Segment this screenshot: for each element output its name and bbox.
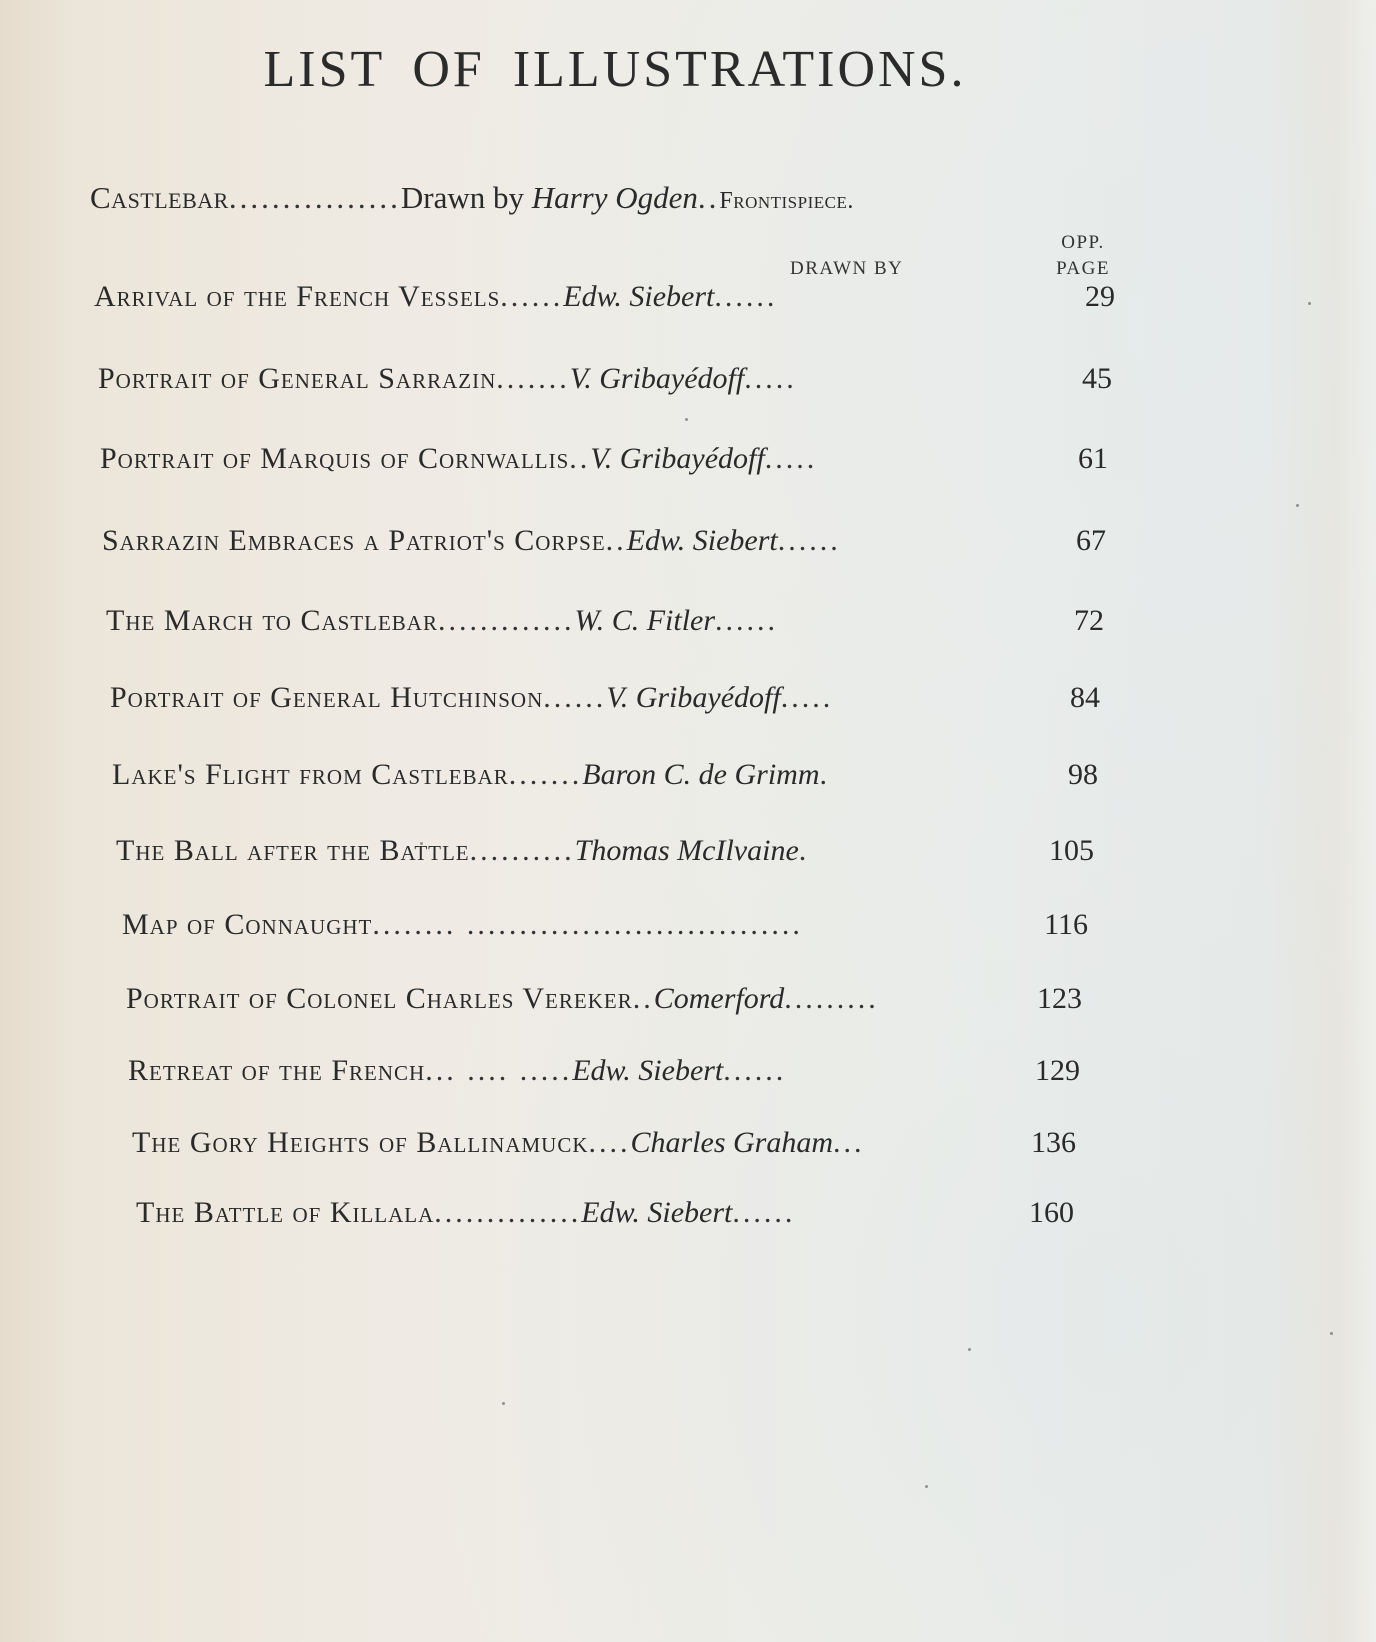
page-number: 29 [1045,280,1115,314]
illustration-artist: Edw. Siebert [563,280,714,314]
dot-leader: ..... [781,681,834,715]
illustration-title: Portrait of General Sarrazin [98,362,496,396]
page-number: 129 [1010,1054,1080,1088]
paper-speck [685,418,688,421]
page-number-value: 98 [1068,758,1098,792]
illustration-title: The March to Castlebar [106,604,438,638]
page-number-value: 72 [1074,604,1104,638]
dot-leader: ............. [438,604,575,638]
page-number-value: 84 [1070,681,1100,715]
illustration-row: Portrait of General Hutchinson ...... V.… [110,681,833,715]
column-header-opp: OPP. [1050,230,1116,256]
page-number-value: 67 [1076,524,1106,558]
illustration-artist: V. Gribayédoff [590,442,764,476]
dot-leader: ... .... ..... [425,1054,572,1088]
paper-speck [1330,1332,1333,1335]
paper-speck [968,1348,971,1351]
page-number-value: 45 [1082,362,1112,396]
illustration-title: The Gory Heights of Ballinamuck [132,1126,589,1160]
page-number: 136 [1006,1126,1076,1160]
dot-leader: ...... [723,1054,786,1088]
illustration-artist: W. C. Fitler [574,604,715,638]
illustration-row: Portrait of General Sarrazin ....... V. … [98,362,797,396]
illustration-row: The Ball after the Battle .......... Tho… [116,834,809,868]
illustration-row: Sarrazin Embraces a Patriot's Corpse .. … [102,524,841,558]
illustration-title: Portrait of Marquis of Cornwallis [100,442,569,476]
page-number-value: 123 [1037,982,1082,1016]
dot-leader: .. [633,982,654,1016]
illustration-artist: Charles Graham [631,1126,834,1160]
page-number: 116 [1018,908,1088,942]
page-number: 61 [1038,442,1108,476]
paper-speck [502,1402,505,1405]
illustration-title: The Battle of Killala [136,1196,434,1230]
illustration-title: Retreat of the French [128,1054,425,1088]
dot-leader: .... [589,1126,631,1160]
illustration-artist: Edw. Siebert [581,1196,732,1230]
page-number: 160 [1004,1196,1074,1230]
dot-leader: ....... [509,758,583,792]
page-number-value: 136 [1031,1126,1076,1160]
page-number: 72 [1034,604,1104,638]
dot-leader: ...... [543,681,606,715]
page-number-value: 129 [1035,1054,1080,1088]
dot-leader: ......... [784,982,879,1016]
dot-leader: ...... [714,280,777,314]
dot-leader: .......... [470,834,575,868]
page-number-value: 29 [1085,280,1115,314]
illustration-row: Retreat of the French ... .... ..... Edw… [128,1054,786,1088]
page-number: 105 [1024,834,1094,868]
dot-leader: ... [833,1126,865,1160]
illustration-artist: V. Gribayédoff [606,681,780,715]
illustration-title: Sarrazin Embraces a Patriot's Corpse [102,524,606,558]
drawn-by-label: Drawn by [401,180,524,216]
illustration-title: Portrait of General Hutchinson [110,681,543,715]
illustration-artist: V. Gribayédoff [570,362,744,396]
dot-leader: ........ ...............................… [372,908,803,942]
paper-speck [420,842,423,845]
frontispiece-entry: Castlebar ................ Drawn by Harr… [90,180,1120,216]
dot-leader: . [799,834,810,868]
illustration-row: The March to Castlebar ............. W. … [106,604,778,638]
page-number-value: 61 [1078,442,1108,476]
illustration-title: Map of Connaught [122,908,372,942]
illustration-title: Arrival of the French Vessels [94,280,500,314]
paper-speck [925,1485,928,1488]
illustration-row: Portrait of Colonel Charles Vereker .. C… [126,982,879,1016]
dot-leader: . [820,758,831,792]
column-header-opp-page: OPP. PAGE [1050,230,1116,282]
page-title: LIST OF ILLUSTRATIONS. [0,40,1230,99]
frontispiece-position: Frontispiece. [719,188,853,215]
dot-leader: .. [569,442,590,476]
page-number: 45 [1042,362,1112,396]
illustration-title: Portrait of Colonel Charles Vereker [126,982,633,1016]
illustration-row: Map of Connaught ........ ..............… [122,908,803,942]
page-number-value: 105 [1049,834,1094,868]
page-number: 84 [1030,681,1100,715]
illustration-artist: Edw. Siebert [627,524,778,558]
illustration-artist: Baron C. de Grimm [582,758,819,792]
frontispiece-artist: Harry Ogden [532,180,698,216]
dot-leader: ................ [229,180,401,216]
page-number: 67 [1036,524,1106,558]
column-header-drawn-by: DRAWN BY [790,256,903,282]
frontispiece-title: Castlebar [90,180,229,216]
illustration-row: Portrait of Marquis of Cornwallis .. V. … [100,442,817,476]
dot-leader: .............. [434,1196,581,1230]
dot-leader: .. [606,524,627,558]
page-number: 98 [1028,758,1098,792]
dot-leader: ..... [765,442,818,476]
illustration-artist: Edw. Siebert [572,1054,723,1088]
column-header-page: PAGE [1050,256,1116,282]
illustration-row: The Battle of Killala .............. Edw… [136,1196,795,1230]
illustration-artist: Thomas McIlvaine [575,834,799,868]
illustration-artist: Comerford [654,982,785,1016]
page-number: 123 [1012,982,1082,1016]
dot-leader: ...... [715,604,778,638]
dot-leader: ...... [732,1196,795,1230]
page-number-value: 160 [1029,1196,1074,1230]
dot-leader: ...... [778,524,841,558]
paper-speck [1308,302,1311,305]
dot-leader: ....... [496,362,570,396]
illustration-row: The Gory Heights of Ballinamuck .... Cha… [132,1126,865,1160]
illustration-row: Lake's Flight from Castlebar ....... Bar… [112,758,830,792]
dot-leader: .. [698,180,720,216]
book-page: LIST OF ILLUSTRATIONS. Castlebar .......… [0,0,1376,1642]
page-number-value: 116 [1044,908,1088,942]
illustration-title: The Ball after the Battle [116,834,470,868]
dot-leader: ...... [500,280,563,314]
illustration-row: Arrival of the French Vessels ...... Edw… [94,280,777,314]
illustration-title: Lake's Flight from Castlebar [112,758,509,792]
paper-speck [1296,504,1299,507]
dot-leader: ..... [744,362,797,396]
